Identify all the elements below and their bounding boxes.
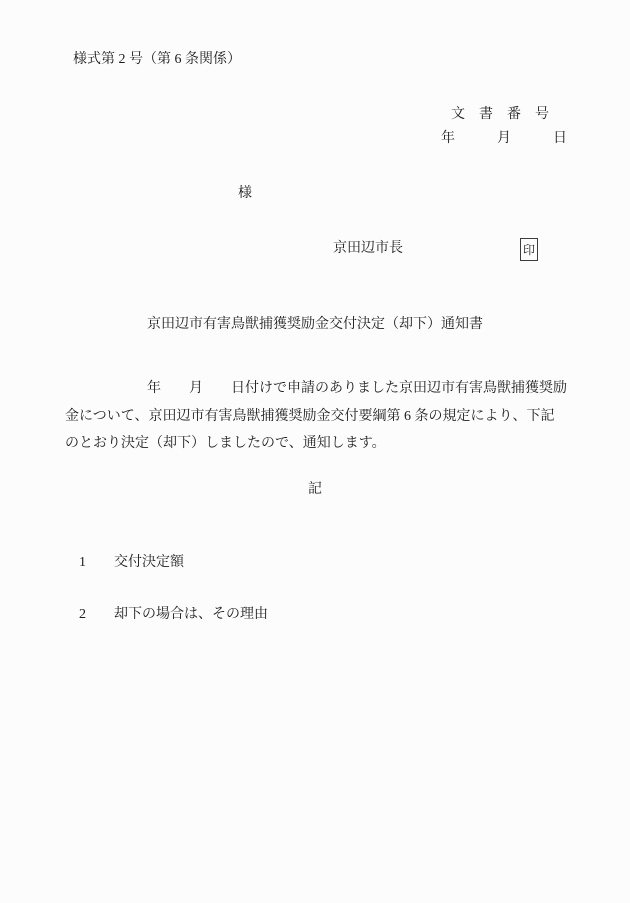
document-page: 様式第 2 号（第 6 条関係） 文 書 番 号 年 月 日 様 京田辺市長 印… [0, 0, 630, 903]
sender-title: 京田辺市長 [333, 239, 403, 259]
document-title: 京田辺市有害鳥獣捕獲奨励金交付決定（却下）通知書 [0, 315, 630, 335]
item-number: 2 [79, 605, 114, 625]
date-placeholder: 年 月 日 [441, 129, 567, 149]
document-number-label: 文 書 番 号 [451, 105, 549, 125]
body-line: 年 月 日付けで申請のありました京田辺市有害鳥獣捕獲奨励 [65, 375, 569, 403]
item-label: 却下の場合は、その理由 [114, 607, 268, 622]
addressee-honorific: 様 [238, 184, 252, 204]
form-number: 様式第 2 号（第 6 条関係） [73, 50, 241, 70]
notation-marker: 記 [0, 480, 630, 500]
list-item: 1交付決定額 [65, 533, 184, 593]
body-line: のとおり決定（却下）しましたので、通知します。 [65, 430, 569, 458]
seal-stamp-box: 印 [520, 238, 538, 261]
body-line: 金について、京田辺市有害鳥獣捕獲奨励金交付要綱第 6 条の規定により、下記 [65, 403, 569, 431]
item-number: 1 [79, 553, 114, 573]
list-item: 2却下の場合は、その理由 [65, 585, 268, 645]
body-paragraph: 年 月 日付けで申請のありました京田辺市有害鳥獣捕獲奨励 金について、京田辺市有… [65, 375, 569, 458]
item-label: 交付決定額 [114, 555, 184, 570]
